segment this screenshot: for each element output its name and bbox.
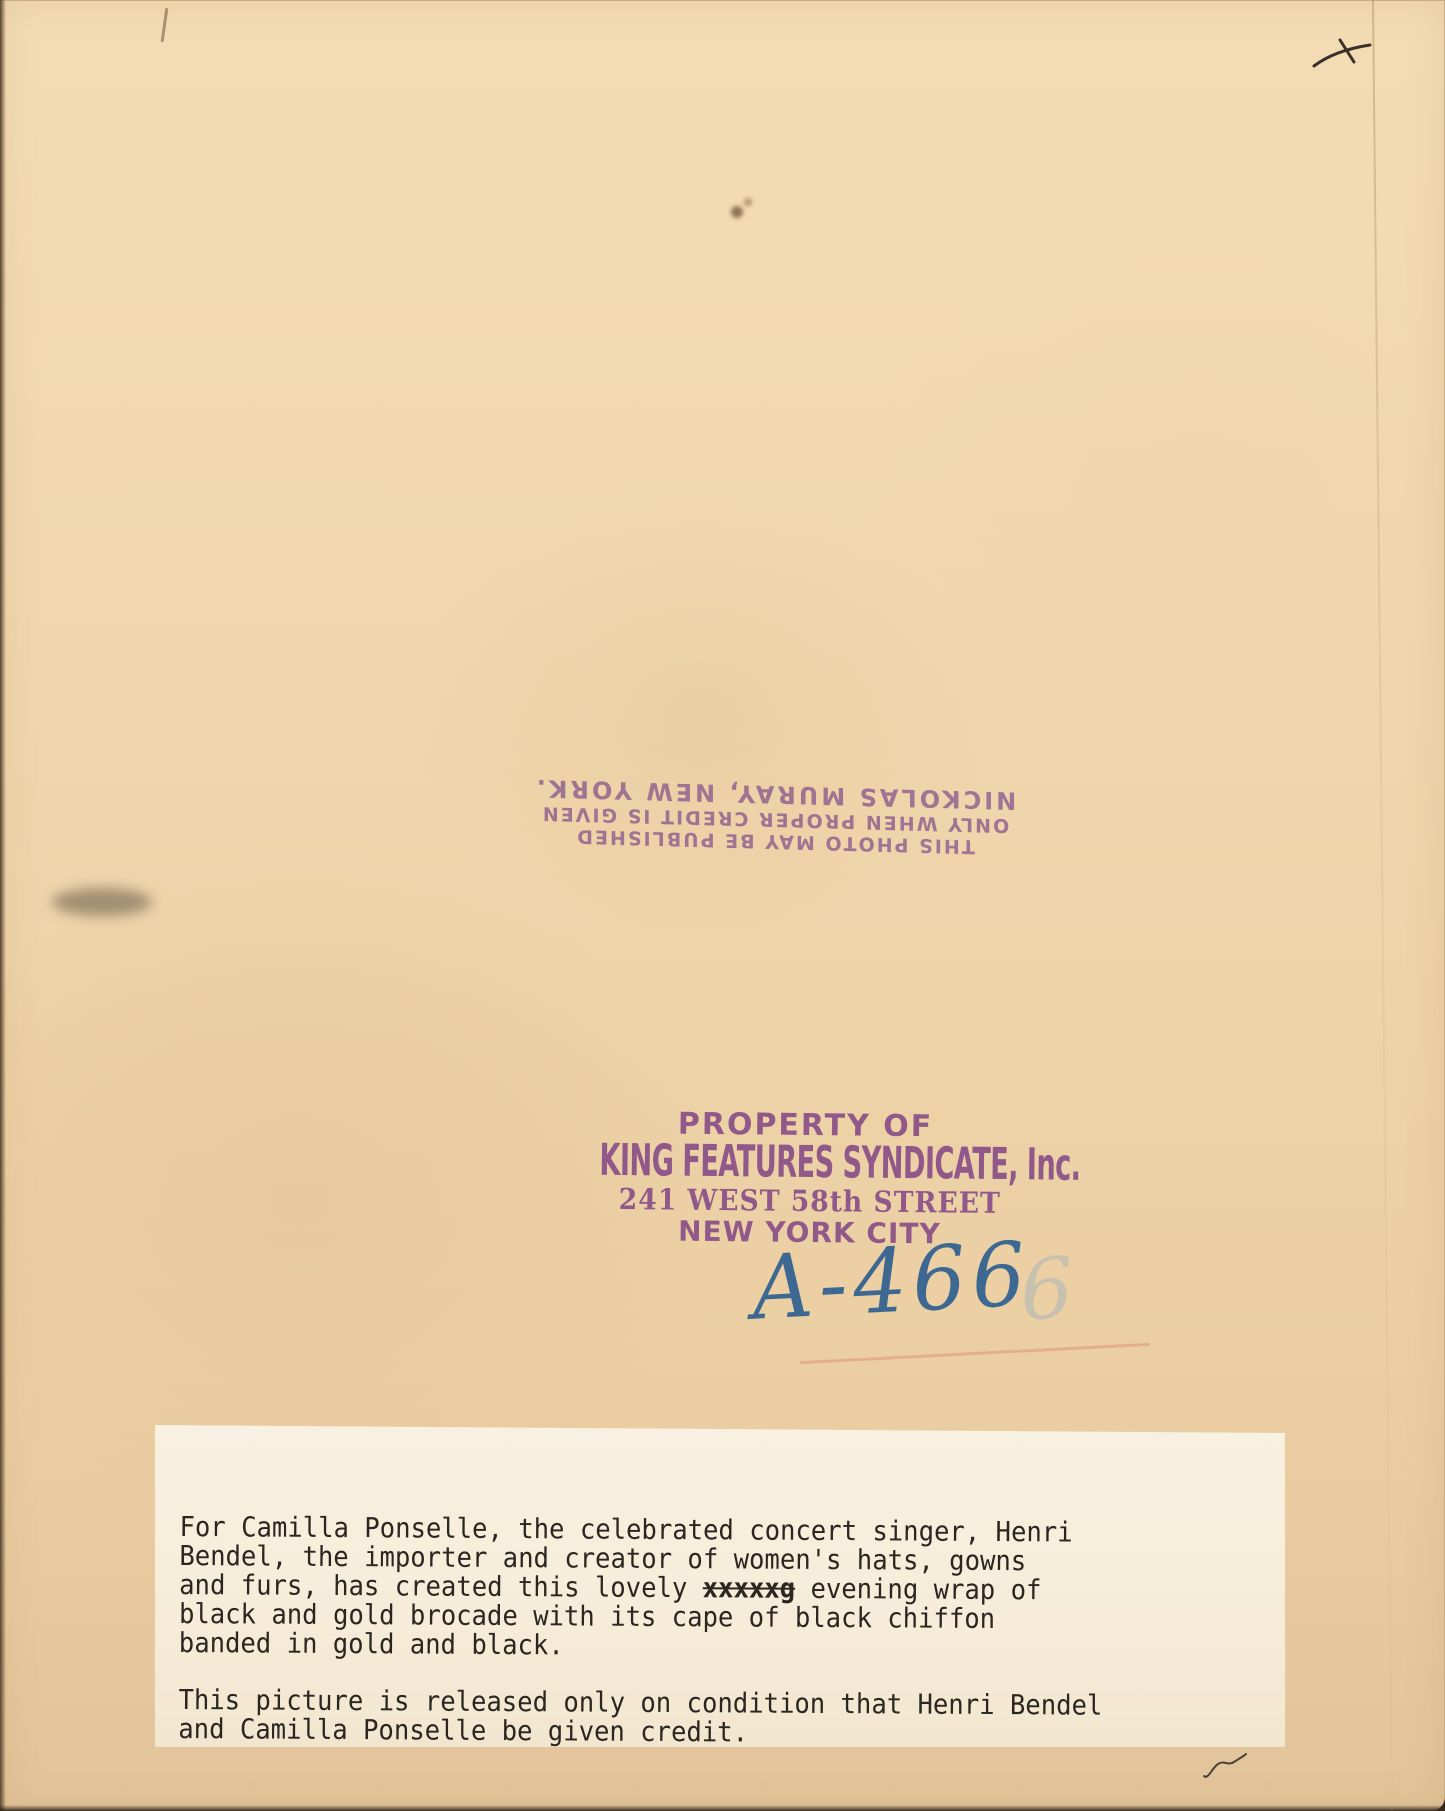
ink-spot <box>744 198 752 206</box>
struck-out-text: xxxxxg <box>703 1572 796 1605</box>
photographer-credit-stamp: THIS PHOTO MAY BE PUBLISHED ONLY WHEN PR… <box>505 773 1045 858</box>
stamp-street-address: 241 WEST 58th STREET <box>552 1181 1068 1220</box>
pencil-x-icon <box>1310 36 1372 72</box>
caption-line: banded in gold and black. <box>179 1627 564 1661</box>
caption-paragraph-2: This picture is released only on conditi… <box>178 1686 1211 1750</box>
ink-spot <box>731 206 743 218</box>
left-edge-shadow <box>0 0 6 1811</box>
caption-line: and Camilla Ponselle be given credit. <box>178 1713 748 1748</box>
typed-caption: For Camilla Ponselle, the celebrated con… <box>178 1455 1212 1779</box>
handwritten-catalog-number: A-466 <box>749 1222 1033 1339</box>
caption-paragraph-1: For Camilla Ponselle, the celebrated con… <box>179 1513 1212 1664</box>
smudge-mark <box>52 888 152 916</box>
bottom-edge-shadow <box>0 1805 1445 1811</box>
pencil-squiggle-icon <box>1200 1750 1250 1780</box>
